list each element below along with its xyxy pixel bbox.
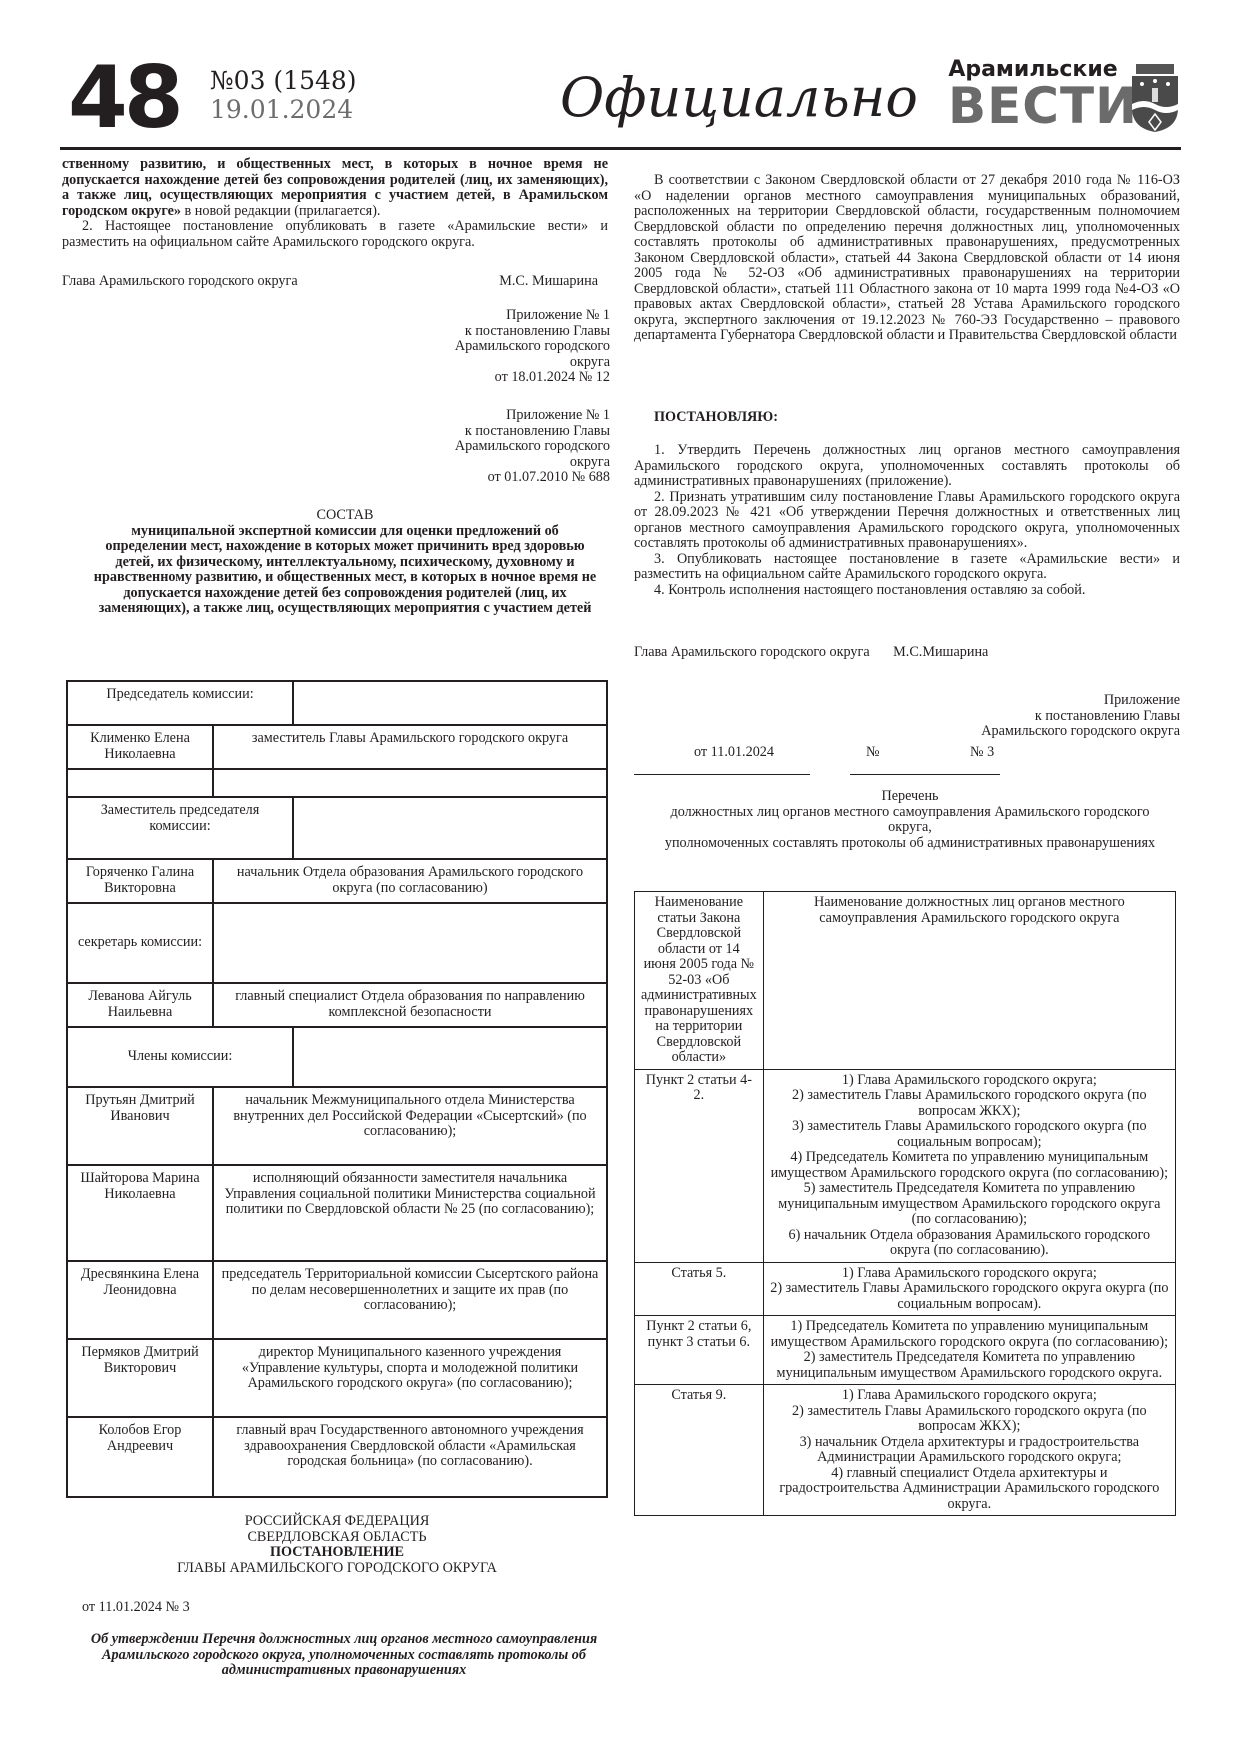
- members-label: Члены комиссии:: [67, 1027, 293, 1087]
- official: 2) заместитель Главы Арамильского городс…: [770, 1404, 1169, 1435]
- secretary-name: Леванова Айгуль Наильевна: [67, 983, 213, 1027]
- left-signature: Глава Арамильского городского округа М.С…: [62, 274, 608, 290]
- table-row: Пункт 2 статьи 4-2. 1) Глава Арамильског…: [635, 1069, 1176, 1262]
- officials-cell: 1) Глава Арамильского городского округа;…: [763, 1262, 1175, 1316]
- official: 2) заместитель Главы Арамильского городс…: [770, 1281, 1169, 1312]
- composition-subtitle: муниципальной экспертной комиссии для оц…: [90, 524, 600, 617]
- appendix-line: к постановлению Главы: [62, 424, 610, 440]
- resolve-item: 1. Утвердить Перечень должностных лиц ор…: [634, 443, 1180, 490]
- table-row: Статья 9. 1) Глава Арамильского городско…: [635, 1385, 1176, 1516]
- officials-table: Наименование статьи Закона Свердловской …: [634, 891, 1176, 1516]
- left-intro: ственному развитию, и общественных мест,…: [62, 157, 608, 250]
- appendix-1-block: Приложение № 1 к постановлению Главы Ара…: [62, 308, 610, 386]
- member-role: председатель Территориальной комиссии Сы…: [213, 1261, 607, 1339]
- appendix-date: от 11.01.2024: [694, 745, 774, 761]
- composition-heading: СОСТАВ муниципальной экспертной комиссии…: [90, 508, 600, 617]
- list-title: Перечень: [650, 789, 1170, 805]
- signature-name: М.С. Мишарина: [499, 274, 598, 290]
- official: 4) главный специалист Отдела архитектуры…: [770, 1466, 1169, 1513]
- member-name: Прутьян Дмитрий Иванович: [67, 1087, 213, 1165]
- coat-of-arms-icon: [1128, 60, 1182, 134]
- list-appendix-block: Приложение к постановлению Главы Арамиль…: [634, 693, 1180, 740]
- appendix-no: № 3: [970, 745, 994, 761]
- official: 3) заместитель Главы Арамильского городс…: [770, 1119, 1169, 1150]
- member-role: начальник Межмуниципального отдела Минис…: [213, 1087, 607, 1165]
- official: 1) Глава Арамильского городского округа;: [770, 1266, 1169, 1282]
- logo-big: ВЕСТИ: [948, 82, 1118, 130]
- appendix-line: Арамильского городского округа: [634, 724, 1180, 740]
- page-number: 48: [68, 58, 180, 138]
- decree-date: от 11.01.2024 № 3: [82, 1600, 190, 1616]
- member-name: Колобов Егор Андреевич: [67, 1417, 213, 1497]
- table-row: Колобов Егор Андреевичглавный врач Госуд…: [67, 1417, 607, 1497]
- official: 5) заместитель Председателя Комитета по …: [770, 1181, 1169, 1228]
- appendix-line: Арамильского городского: [62, 439, 610, 455]
- resolve-heading: ПОСТАНОВЛЯЮ:: [654, 410, 778, 426]
- appendix-2-block: Приложение № 1 к постановлению Главы Ара…: [62, 408, 610, 486]
- officials-cell: 1) Глава Арамильского городского округа;…: [763, 1069, 1175, 1262]
- appendix-line: Арамильского городского: [62, 339, 610, 355]
- official: 4) Председатель Комитета по управлению м…: [770, 1150, 1169, 1181]
- appendix-line: от 18.01.2024 № 12: [62, 370, 610, 386]
- intro-tail: в новой редакции (прилагается).: [181, 203, 381, 219]
- appendix-line: округа: [62, 355, 610, 371]
- signature-title: Глава Арамильского городского округа: [634, 644, 870, 660]
- chair-role: заместитель Главы Арамильского городског…: [213, 725, 607, 769]
- committee-table: Председатель комиссии: Клименко Елена Ни…: [66, 680, 608, 1498]
- chair-name: Клименко Елена Николаевна: [67, 725, 213, 769]
- table-row: Шайторова Марина Николаевнаисполняющий о…: [67, 1165, 607, 1261]
- article-cell: Статья 5.: [635, 1262, 764, 1316]
- list-heading: Перечень должностных лиц органов местног…: [650, 789, 1170, 851]
- resolve-item: 2. Признать утратившим силу постановлени…: [634, 490, 1180, 552]
- issue-number: №03 (1548): [210, 66, 357, 95]
- left-item-2: 2. Настоящее постановление опубликовать …: [62, 219, 608, 250]
- list-subtitle: уполномоченных составлять протоколы об а…: [650, 836, 1170, 852]
- right-signature: Глава Арамильского городского округа М.С…: [634, 645, 988, 661]
- composition-title: СОСТАВ: [90, 508, 600, 524]
- table-row: Дресвянкина Елена Леонидовнапредседатель…: [67, 1261, 607, 1339]
- table-row: Пермяков Дмитрий Викторовичдиректор Муни…: [67, 1339, 607, 1417]
- table-row: Пункт 2 статьи 6, пункт 3 статьи 6. 1) П…: [635, 1316, 1176, 1385]
- official: 6) начальник Отдела образования Арамильс…: [770, 1228, 1169, 1259]
- appendix-line: округа: [62, 455, 610, 471]
- member-name: Пермяков Дмитрий Викторович: [67, 1339, 213, 1417]
- deputy-label: Заместитель председателя комиссии:: [67, 797, 293, 859]
- date-underline: [634, 774, 810, 775]
- chair-label: Председатель комиссии:: [67, 681, 293, 725]
- official: 2) заместитель Председателя Комитета по …: [770, 1350, 1169, 1381]
- appendix-line: к постановлению Главы: [62, 324, 610, 340]
- decree-header-line: РОССИЙСКАЯ ФЕДЕРАЦИЯ: [66, 1514, 608, 1530]
- signature-title: Глава Арамильского городского округа: [62, 274, 298, 290]
- table-header-row: Наименование статьи Закона Свердловской …: [635, 892, 1176, 1070]
- member-role: директор Муниципального казенного учрежд…: [213, 1339, 607, 1417]
- decree-header: РОССИЙСКАЯ ФЕДЕРАЦИЯ СВЕРДЛОВСКАЯ ОБЛАСТ…: [66, 1514, 608, 1576]
- secretary-label: секретарь комиссии:: [67, 903, 213, 983]
- member-name: Шайторова Марина Николаевна: [67, 1165, 213, 1261]
- member-role: исполняющий обязанности заместителя нача…: [213, 1165, 607, 1261]
- decree-header-line: ПОСТАНОВЛЕНИЕ: [66, 1545, 608, 1561]
- list-subtitle: должностных лиц органов местного самоупр…: [650, 805, 1170, 836]
- preamble: В соответствии с Законом Свердловской об…: [634, 173, 1180, 344]
- resolve-item: 4. Контроль исполнения настоящего постан…: [634, 583, 1180, 599]
- article-cell: Статья 9.: [635, 1385, 764, 1516]
- table-row: Прутьян Дмитрий Ивановичначальник Межмун…: [67, 1087, 607, 1165]
- decree-header-line: СВЕРДЛОВСКАЯ ОБЛАСТЬ: [66, 1530, 608, 1546]
- appendix-line: Приложение № 1: [62, 308, 610, 324]
- article-cell: Пункт 2 статьи 4-2.: [635, 1069, 764, 1262]
- masthead-rule: [60, 147, 1181, 150]
- official: 1) Глава Арамильского городского округа;: [770, 1388, 1169, 1404]
- newspaper-logo: Арамильские ВЕСТИ: [948, 58, 1118, 130]
- article-cell: Пункт 2 статьи 6, пункт 3 статьи 6.: [635, 1316, 764, 1385]
- member-role: главный врач Государственного автономног…: [213, 1417, 607, 1497]
- appendix-line: к постановлению Главы: [634, 709, 1180, 725]
- appendix-no-label: №: [866, 745, 880, 761]
- column-header: Наименование статьи Закона Свердловской …: [635, 892, 764, 1070]
- resolve-item: 3. Опубликовать настоящее постановление …: [634, 552, 1180, 583]
- secretary-role: главный специалист Отдела образования по…: [213, 983, 607, 1027]
- official: 2) заместитель Главы Арамильского городс…: [770, 1088, 1169, 1119]
- number-underline: [850, 774, 1000, 775]
- deputy-name: Горяченко Галина Викторовна: [67, 859, 213, 903]
- member-name: Дресвянкина Елена Леонидовна: [67, 1261, 213, 1339]
- officials-cell: 1) Председатель Комитета по управлению м…: [763, 1316, 1175, 1385]
- appendix-line: от 01.07.2010 № 688: [62, 470, 610, 486]
- signature-name: М.С.Мишарина: [893, 644, 988, 660]
- table-row: Статья 5. 1) Глава Арамильского городско…: [635, 1262, 1176, 1316]
- decree-header-line: ГЛАВЫ АРАМИЛЬСКОГО ГОРОДСКОГО ОКРУГА: [66, 1561, 608, 1577]
- appendix-line: Приложение: [634, 693, 1180, 709]
- issue-info: №03 (1548) 19.01.2024: [210, 66, 357, 124]
- appendix-line: Приложение № 1: [62, 408, 610, 424]
- deputy-role: начальник Отдела образования Арамильског…: [213, 859, 607, 903]
- issue-date: 19.01.2024: [210, 95, 357, 124]
- official: 1) Глава Арамильского городского округа;: [770, 1073, 1169, 1089]
- resolve-items: 1. Утвердить Перечень должностных лиц ор…: [634, 443, 1180, 598]
- official: 1) Председатель Комитета по управлению м…: [770, 1319, 1169, 1350]
- official: 3) начальник Отдела архитектуры и градос…: [770, 1435, 1169, 1466]
- officials-cell: 1) Глава Арамильского городского округа;…: [763, 1385, 1175, 1516]
- column-header: Наименование должностных лиц органов мес…: [763, 892, 1175, 1070]
- section-title: Официально: [560, 60, 918, 136]
- decree-title: Об утверждении Перечня должностных лиц о…: [84, 1632, 604, 1679]
